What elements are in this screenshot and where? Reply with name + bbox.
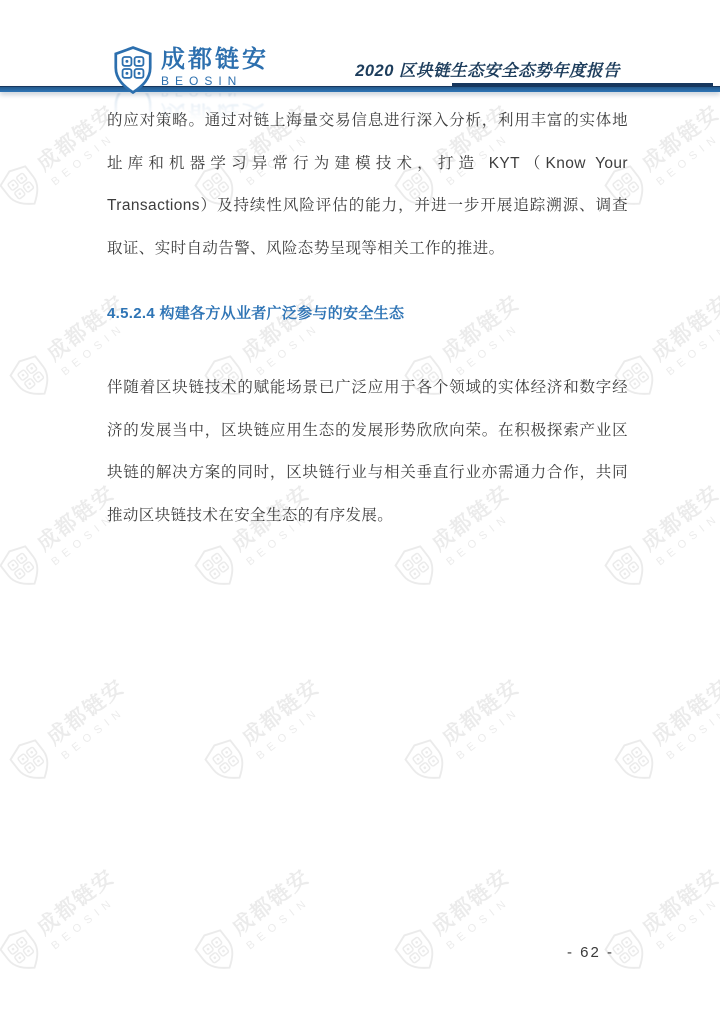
watermark-text-en: BEOSIN [454,696,534,762]
watermark: 成都链安 BEOSIN [182,840,347,989]
beosin-shield-watermark-icon [608,733,665,791]
watermark-text: 成都链安 BEOSIN [635,477,720,568]
logo-name-en: BEOSIN [161,74,269,88]
watermark-text-en: BEOSIN [49,886,129,952]
beosin-shield-watermark-icon [3,349,60,407]
beosin-shield-watermark-icon [0,923,50,981]
page-content: 的应对策略。通过对链上海量交易信息进行深入分析，利用丰富的实体地址库和机器学习异… [107,100,628,537]
watermark-text-en: BEOSIN [444,886,524,952]
watermark-text: 成都链安 BEOSIN [225,861,325,952]
watermark-text-cn: 成都链安 [645,287,720,367]
watermark: 成都链安 BEOSIN [0,840,153,989]
watermark: 成都链安 BEOSIN [602,650,720,799]
beosin-shield-watermark-icon [198,733,255,791]
watermark-text-cn: 成都链安 [40,671,131,751]
watermark: 成都链安 BEOSIN [382,840,547,989]
watermark-text-cn: 成都链安 [635,861,720,941]
beosin-shield-watermark-icon [398,733,455,791]
watermark-text: 成都链安 BEOSIN [645,287,720,378]
watermark-text: 成都链安 BEOSIN [435,671,535,762]
beosin-shield-watermark-icon [598,539,655,597]
watermark-text-cn: 成都链安 [425,861,516,941]
logo-name-cn: 成都链安 [161,46,269,73]
beosin-shield-watermark-icon [0,539,50,597]
body-paragraph: 的应对策略。通过对链上海量交易信息进行深入分析，利用丰富的实体地址库和机器学习异… [107,100,628,270]
page-header: 成都链安 BEOSIN [0,0,720,120]
beosin-shield-watermark-icon [388,923,445,981]
watermark-text: 成都链安 BEOSIN [635,861,720,952]
watermark-text-cn: 成都链安 [635,477,720,557]
watermark-text-cn: 成都链安 [225,861,316,941]
watermark: 成都链安 BEOSIN [592,840,720,989]
logo-text: 成都链安 BEOSIN [161,46,269,88]
watermark-text-en: BEOSIN [244,886,324,952]
watermark-text-en: BEOSIN [654,886,720,952]
watermark-text-cn: 成都链安 [645,671,720,751]
watermark-text-cn: 成都链安 [435,671,526,751]
body-paragraph: 伴随着区块链技术的赋能场景已广泛应用于各个领域的实体经济和数字经济的发展当中，区… [107,367,628,537]
beosin-shield-watermark-icon [0,159,50,217]
beosin-shield-watermark-icon [188,539,245,597]
watermark: 成都链安 BEOSIN [192,650,357,799]
watermark: 成都链安 BEOSIN [0,650,163,799]
watermark-text-en: BEOSIN [654,502,720,568]
page-number: - 62 - [567,944,614,961]
report-title: 2020 区块链生态安全态势年度报告 [355,57,620,81]
beosin-logo: 成都链安 BEOSIN [112,46,269,94]
beosin-shield-watermark-icon [188,923,245,981]
section-heading: 4.5.2.4 构建各方从业者广泛参与的安全生态 [107,303,628,325]
watermark-text-en: BEOSIN [254,696,334,762]
watermark-text-cn: 成都链安 [235,671,326,751]
watermark-text-en: BEOSIN [664,312,720,378]
watermark-text: 成都链安 BEOSIN [645,671,720,762]
watermark-text-en: BEOSIN [664,696,720,762]
logo-reflection: 成都链安 BEOSIN [112,93,332,125]
logo-reflection-cn: 成都链安 [161,100,269,125]
watermark-text: 成都链安 BEOSIN [30,861,130,952]
watermark: 成都链安 BEOSIN [392,650,557,799]
watermark-text: 成都链安 BEOSIN [40,671,140,762]
watermark-text: 成都链安 BEOSIN [235,671,335,762]
report-page: 成都链安 BEOSIN 成都链安 BEOSIN [0,0,720,1018]
beosin-shield-reflection-icon [112,93,154,125]
beosin-shield-icon [112,46,154,94]
watermark-text-cn: 成都链安 [30,861,121,941]
watermark-text: 成都链安 BEOSIN [425,861,525,952]
watermark-text-en: BEOSIN [59,696,139,762]
beosin-shield-watermark-icon [388,539,445,597]
beosin-shield-watermark-icon [3,733,60,791]
watermark-text-en: BEOSIN [654,122,720,188]
header-rule-dark-segment [452,83,713,87]
